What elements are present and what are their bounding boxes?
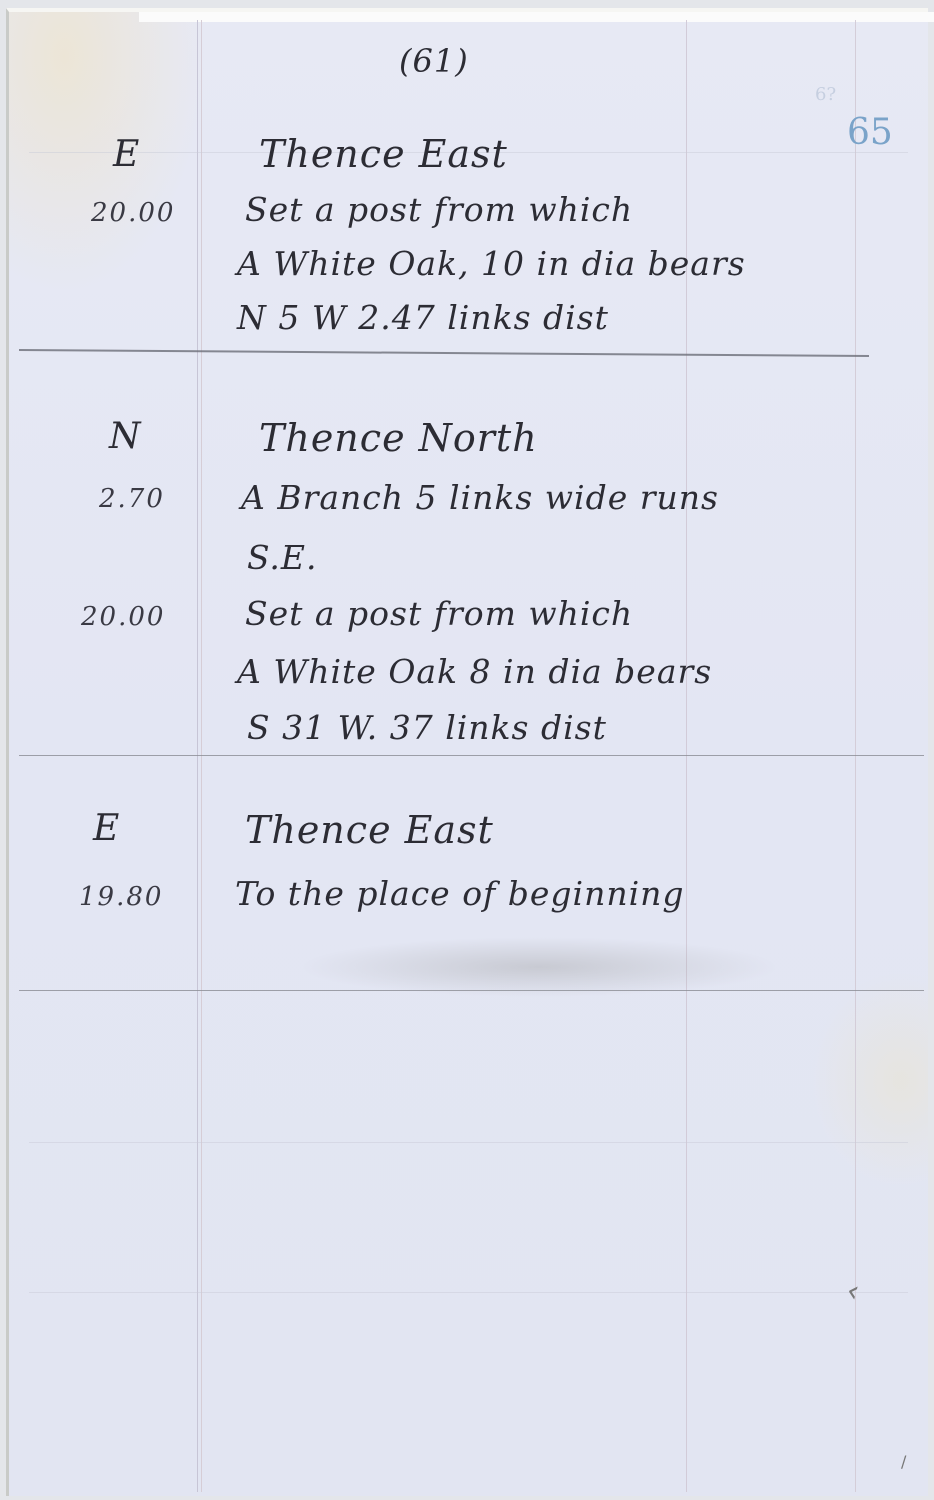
column-line-right bbox=[686, 20, 687, 1492]
note-line: To the place of beginning bbox=[235, 874, 685, 913]
bearing-direction: E bbox=[93, 808, 120, 849]
note-line: N 5 W 2.47 links dist bbox=[237, 298, 609, 337]
note-line: S.E. bbox=[247, 538, 318, 577]
section-divider bbox=[19, 755, 924, 756]
faint-stamp-number: 6? bbox=[815, 84, 836, 105]
column-line-far-right bbox=[855, 20, 856, 1492]
note-line: A White Oak 8 in dia bears bbox=[237, 652, 712, 691]
erased-ink-smudge bbox=[299, 937, 779, 997]
note-line: A White Oak, 10 in dia bears bbox=[237, 244, 746, 283]
note-line: Set a post from which bbox=[245, 190, 633, 229]
margin-column-line bbox=[197, 20, 198, 1492]
section-divider bbox=[19, 349, 869, 357]
note-line: S 31 W. 37 links dist bbox=[247, 708, 607, 747]
faint-ruling bbox=[29, 1292, 908, 1293]
entry-heading: Thence East bbox=[245, 808, 494, 852]
distance-chains: 20.00 bbox=[81, 602, 165, 632]
entry-heading: Thence North bbox=[259, 416, 538, 460]
scan-edge bbox=[139, 12, 934, 22]
entry-heading: Thence East bbox=[259, 132, 508, 176]
bearing-direction: E bbox=[113, 134, 140, 175]
distance-chains: 2.70 bbox=[99, 484, 165, 514]
note-line: A Branch 5 links wide runs bbox=[241, 478, 719, 517]
bearing-direction: N bbox=[109, 416, 142, 457]
distance-chains: 20.00 bbox=[91, 198, 175, 228]
ledger-page: (61) 6? 65 E Thence East 20.00 Set a pos… bbox=[6, 8, 928, 1496]
faint-ruling bbox=[29, 1142, 908, 1143]
distance-chains: 19.80 bbox=[79, 882, 163, 912]
handwritten-page-number: (61) bbox=[399, 42, 469, 80]
stamped-page-number: 65 bbox=[847, 112, 893, 153]
margin-column-line-red bbox=[201, 20, 202, 1492]
pencil-mark: / bbox=[901, 1452, 906, 1471]
scan-frame: (61) 6? 65 E Thence East 20.00 Set a pos… bbox=[0, 0, 934, 1500]
note-line: Set a post from which bbox=[245, 594, 633, 633]
